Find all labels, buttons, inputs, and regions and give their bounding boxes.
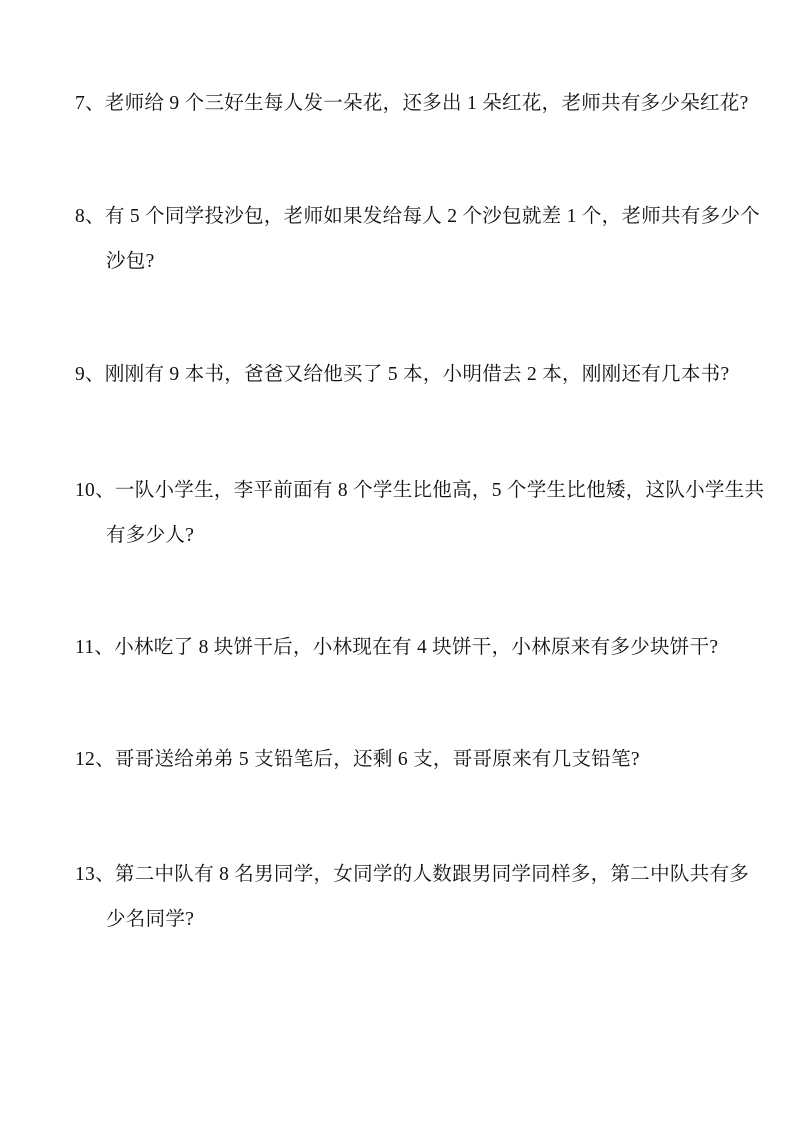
- question-9-text: 刚刚有 9 本书，爸爸又给他买了 5 本，小明借去 2 本，刚刚还有几本书?: [105, 364, 730, 385]
- question-11: 11、小林吃了 8 块饼干后，小林现在有 4 块饼干，小林原来有多少块饼干?: [75, 625, 766, 670]
- question-11-number: 11、: [75, 637, 114, 658]
- question-13: 13、第二中队有 8 名男同学，女同学的人数跟男同学同样多，第二中队共有多少名同…: [75, 852, 766, 942]
- question-12: 12、哥哥送给弟弟 5 支铅笔后，还剩 6 支，哥哥原来有几支铅笔?: [75, 737, 766, 782]
- question-7-text: 老师给 9 个三好生每人发一朵花，还多出 1 朵红花，老师共有多少朵红花?: [105, 93, 749, 114]
- question-8-number: 8、: [75, 206, 105, 227]
- question-9-number: 9、: [75, 364, 105, 385]
- question-8: 8、有 5 个同学投沙包，老师如果发给每人 2 个沙包就差 1 个，老师共有多少…: [75, 194, 766, 284]
- question-13-text: 第二中队有 8 名男同学，女同学的人数跟男同学同样多，第二中队共有多少名同学?: [106, 864, 749, 930]
- question-12-number: 12、: [75, 749, 115, 770]
- question-10-text: 一队小学生，李平前面有 8 个学生比他高，5 个学生比他矮，这队小学生共有多少人…: [106, 480, 764, 546]
- question-11-text: 小林吃了 8 块饼干后，小林现在有 4 块饼干，小林原来有多少块饼干?: [114, 637, 718, 658]
- question-8-text: 有 5 个同学投沙包，老师如果发给每人 2 个沙包就差 1 个，老师共有多少个沙…: [105, 206, 760, 272]
- worksheet-page: 7、老师给 9 个三好生每人发一朵花，还多出 1 朵红花，老师共有多少朵红花? …: [0, 0, 793, 1122]
- question-13-number: 13、: [75, 864, 115, 885]
- question-9: 9、刚刚有 9 本书，爸爸又给他买了 5 本，小明借去 2 本，刚刚还有几本书?: [75, 352, 766, 397]
- question-12-text: 哥哥送给弟弟 5 支铅笔后，还剩 6 支，哥哥原来有几支铅笔?: [115, 749, 640, 770]
- question-10-number: 10、: [75, 480, 115, 501]
- question-7-number: 7、: [75, 93, 105, 114]
- question-10: 10、一队小学生，李平前面有 8 个学生比他高，5 个学生比他矮，这队小学生共有…: [75, 468, 766, 558]
- question-7: 7、老师给 9 个三好生每人发一朵花，还多出 1 朵红花，老师共有多少朵红花?: [75, 81, 766, 126]
